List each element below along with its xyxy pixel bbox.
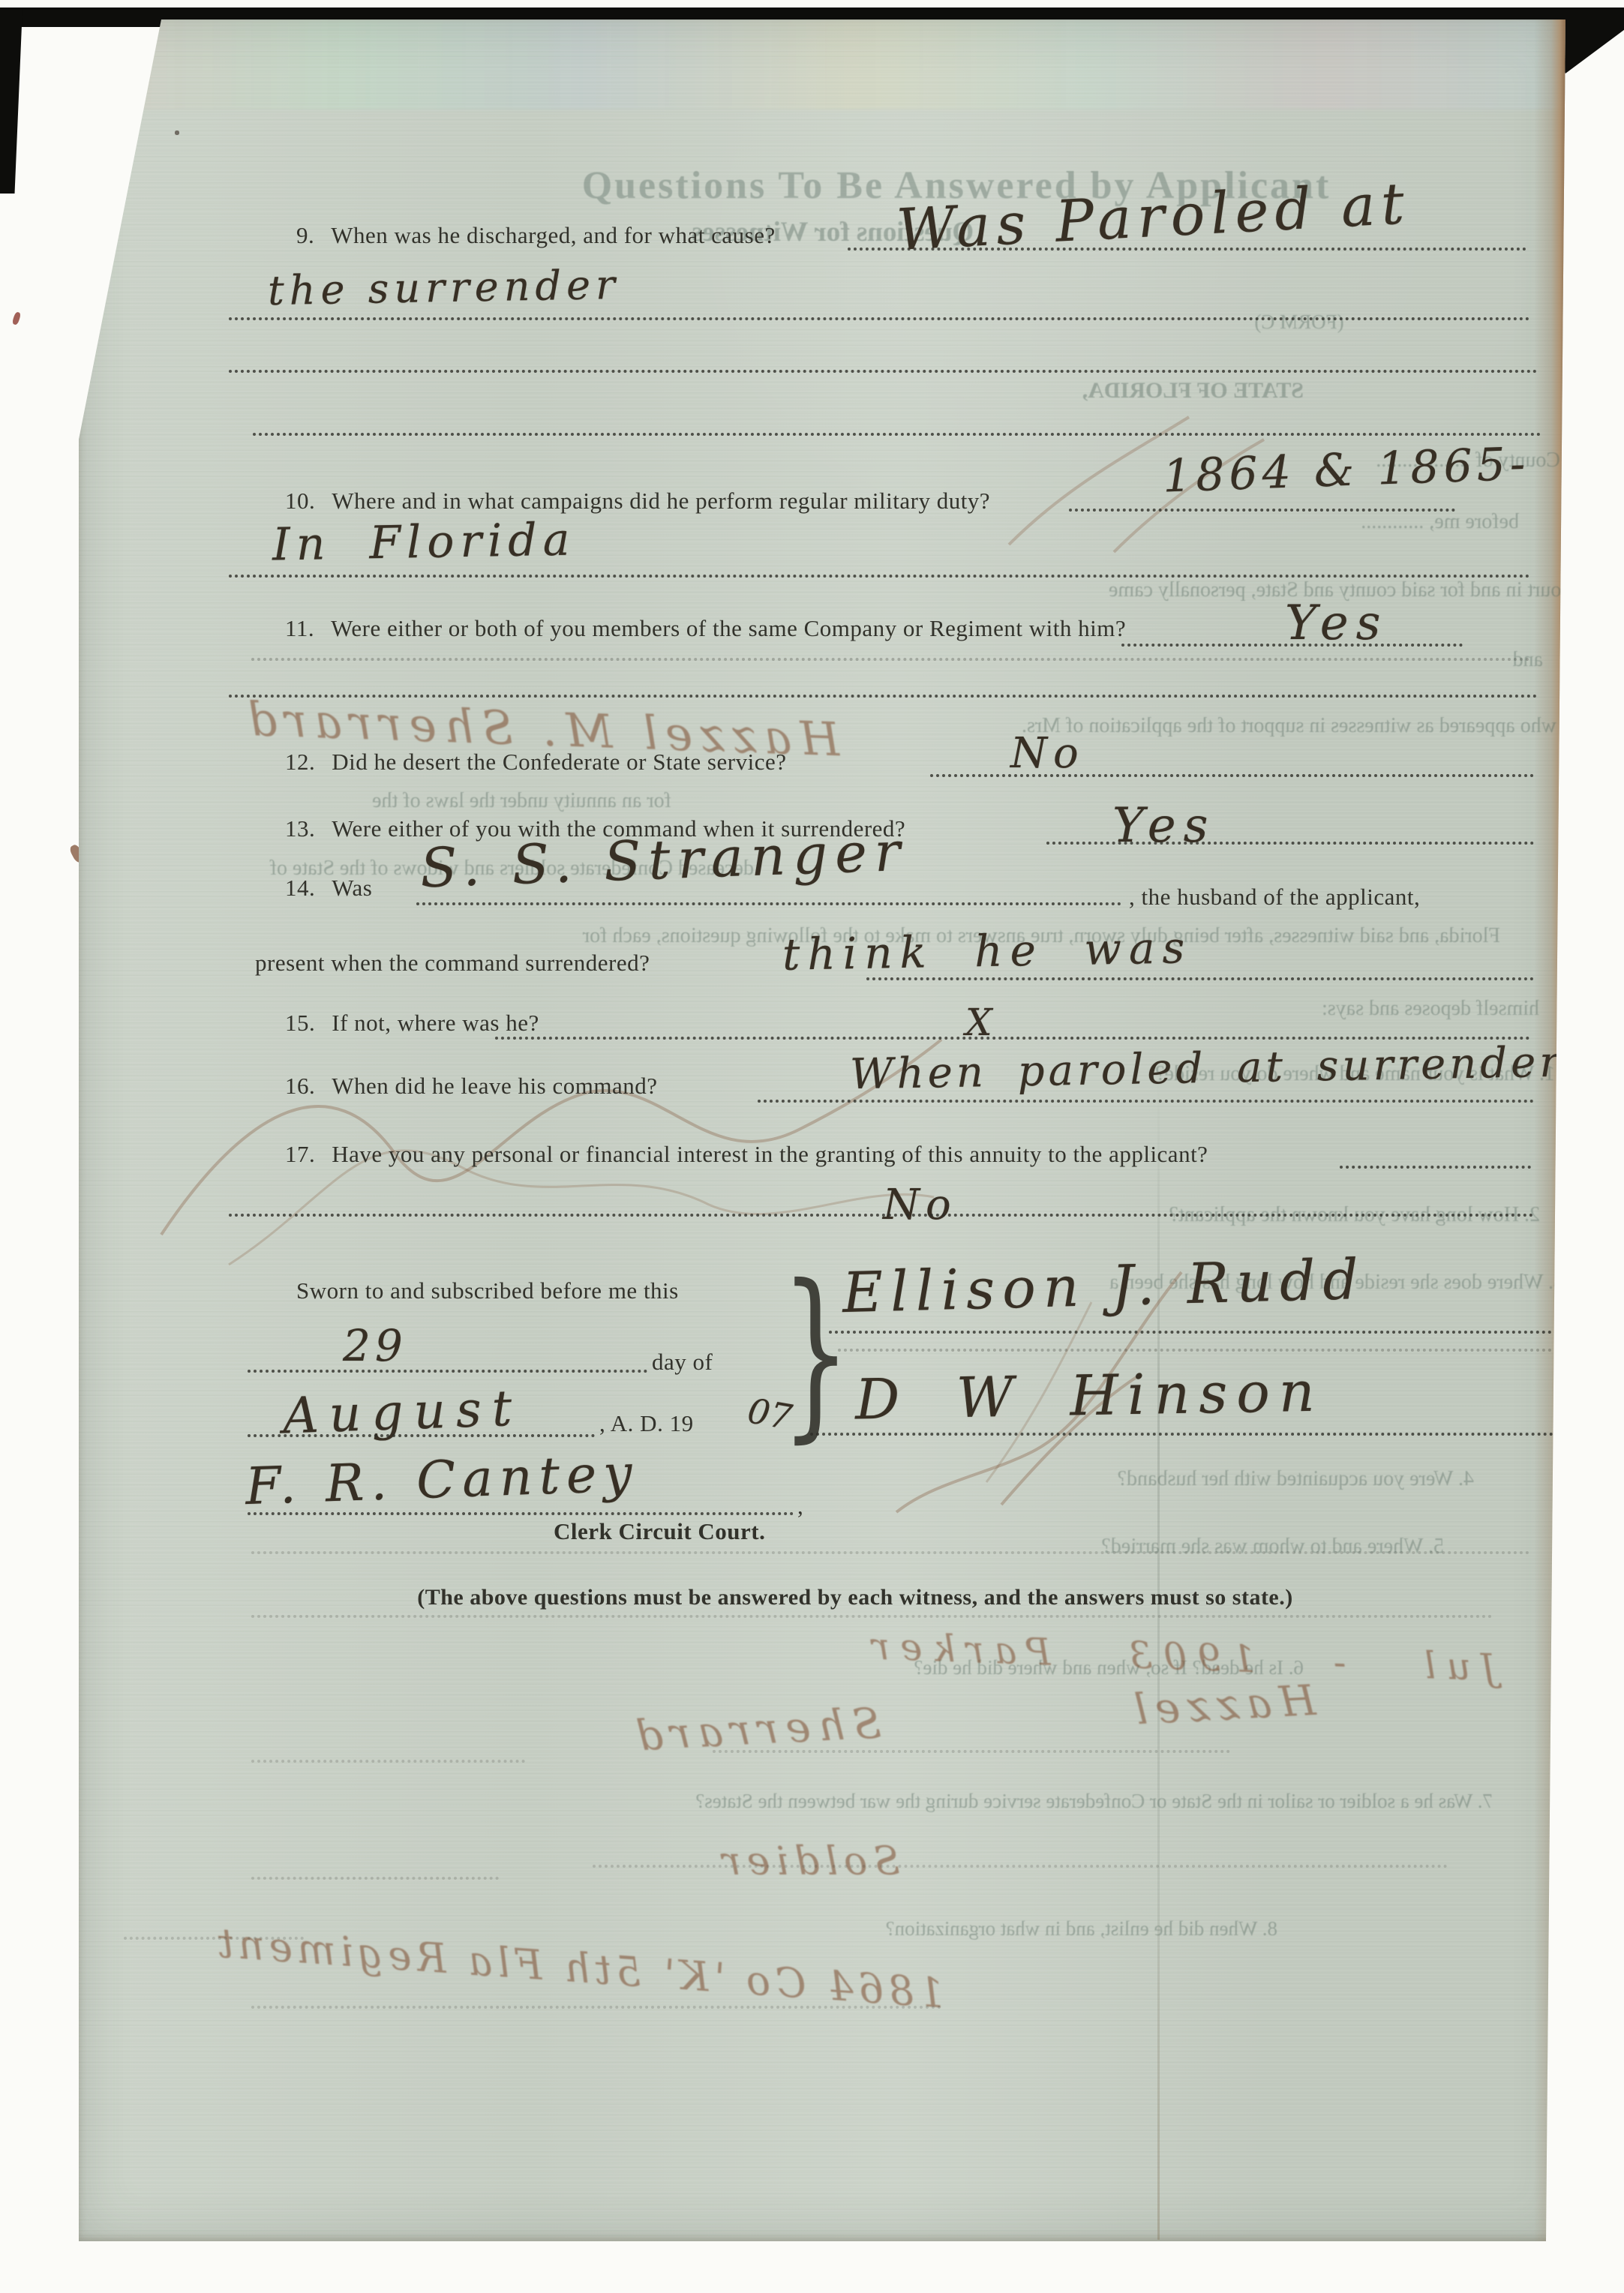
sworn-year-value: 07 [745,1390,795,1437]
document-page: Questions To Be Answered by Applicant Qu… [79,20,1565,2241]
question-10-number: 10. [285,488,315,515]
scan-speck [12,311,22,326]
question-10-text: Where and in what campaigns did he perfo… [332,488,990,514]
question-17-answer: No [883,1181,957,1229]
question-14-text-after: , the husband of the applicant, [1129,884,1420,911]
bleed-court-line: Court in and for said county and State, … [919,578,1575,602]
witness-signature-2: D W Hinson [854,1360,1324,1433]
dotted-line [229,695,1538,698]
bleed-form-label: (FORM C) [1213,311,1385,334]
bleed-dotted-line [251,2006,941,2009]
dotted-line [758,1100,1534,1103]
dotted-line [229,575,1530,578]
question-15-number: 15. [285,1010,315,1037]
question-16-number: 16. [285,1073,315,1100]
bleed-witness-q7: 7. Was he a soldier or sailor in the Sta… [229,1790,1493,1813]
bleed-witness-q5: 5. Where and to whom was she married? [1009,1535,1444,1559]
bleed-dotted-line [251,1760,525,1763]
bleed-who-appeared-line: who appeared as witnesses in support of … [825,714,1556,738]
dotted-line [829,1331,1570,1334]
witness-signature-1: Ellison J. Rudd [842,1247,1367,1325]
bleed-dotted-line [124,1937,304,1940]
question-9-text: When was he discharged, and for what cau… [331,222,775,248]
bleed-witness-q8: 8. When did he enlist, and in what organ… [857,1917,1277,1940]
question-14-answer: think he was [782,922,1192,980]
question-14-number: 14. [285,875,315,902]
dotted-line [810,1433,1571,1436]
question-14-text-before: Was [332,875,372,901]
dotted-line [229,370,1538,373]
dotted-line [253,433,1541,436]
bleed-dotted-line [251,658,1530,661]
dotted-line [866,977,1534,980]
question-11-text: Were either or both of you members of th… [331,615,1126,641]
dotted-line [1069,509,1455,512]
dotted-line [495,1037,1530,1040]
scanned-document-image: { "doc": { "questions": [ {"number":"9."… [0,0,1624,2293]
question-17: 17.Have you any personal or financial in… [285,1141,1208,1168]
question-11: 11.Were either or both of you members of… [285,615,1126,642]
dotted-line [248,1512,794,1515]
sworn-statement-line: Sworn to and subscribed before me this [296,1277,679,1304]
question-11-answer: Yes [1285,596,1388,651]
question-14-line2: present when the command surrendered? [255,950,650,977]
dotted-line [248,1370,647,1373]
question-17-text: Have you any personal or financial inter… [332,1141,1208,1167]
bleed-dotted-line [251,1615,1493,1618]
bleed-dotted-line [713,1750,1230,1753]
dotted-line [1340,1166,1531,1169]
question-16: 16.When did he leave his command? [285,1073,657,1100]
question-12-text: Did he desert the Confederate or State s… [332,749,786,775]
dotted-line [416,902,1121,905]
dotted-line [248,1434,595,1437]
bleed-before-me-line: before me, ............ [1279,510,1519,534]
question-10: 10.Where and in what campaigns did he pe… [285,488,990,515]
question-12: 12.Did he desert the Confederate or Stat… [285,749,786,776]
paper-speck [175,131,179,135]
question-9: 9.When was he discharged, and for what c… [296,222,776,249]
paper-worn-right-edge [1534,20,1565,2241]
bleed-himself-line: himself deposes and says: [1258,997,1539,1021]
bleed-dotted-line [251,1551,1530,1554]
scanner-edge-top-left-corner [0,8,23,194]
dotted-line [229,1214,1534,1217]
question-9-answer-line2: the surrender [267,261,620,314]
bleed-dotted-line [251,1877,499,1880]
question-11-number: 11. [285,615,314,642]
witness-note: (The above questions must be answered by… [356,1585,1354,1610]
question-17-number: 17. [285,1141,315,1168]
question-16-text: When did he leave his command? [332,1073,657,1099]
question-13-answer: Yes [1112,798,1215,854]
question-10-answer-line2: In Florida [272,513,576,571]
sworn-ad-label: , A. D. 19 [599,1410,694,1437]
bleed-annuity-line: for an annuity under the laws of the [184,789,671,813]
question-15-text: If not, where was he? [332,1010,539,1036]
question-14: 14.Was [285,875,372,902]
question-9-number: 9. [296,222,314,249]
bleed-q8-answer-script: 1864 Co 'K' 5th Fla Regiment [247,1922,946,2018]
bleed-q7-answer-script: Soldier [589,1839,900,1884]
scan-iridescence [79,20,1565,110]
clerk-title: Clerk Circuit Court. [554,1518,765,1545]
question-15-answer: X [965,1001,992,1044]
dotted-line [838,1349,1570,1352]
question-15: 15.If not, where was he? [285,1010,539,1037]
clerk-signature: F. R. Cantey [245,1444,640,1517]
clerk-signature-comma: , [797,1493,803,1520]
sworn-day-of-label: day of [652,1349,713,1376]
question-13-number: 13. [285,815,315,842]
bleed-dotted-line [593,1865,1448,1868]
sworn-day-value: 29 [343,1320,407,1371]
question-12-answer: No [1010,729,1085,778]
question-12-number: 12. [285,749,315,776]
dotted-line [229,317,1530,320]
